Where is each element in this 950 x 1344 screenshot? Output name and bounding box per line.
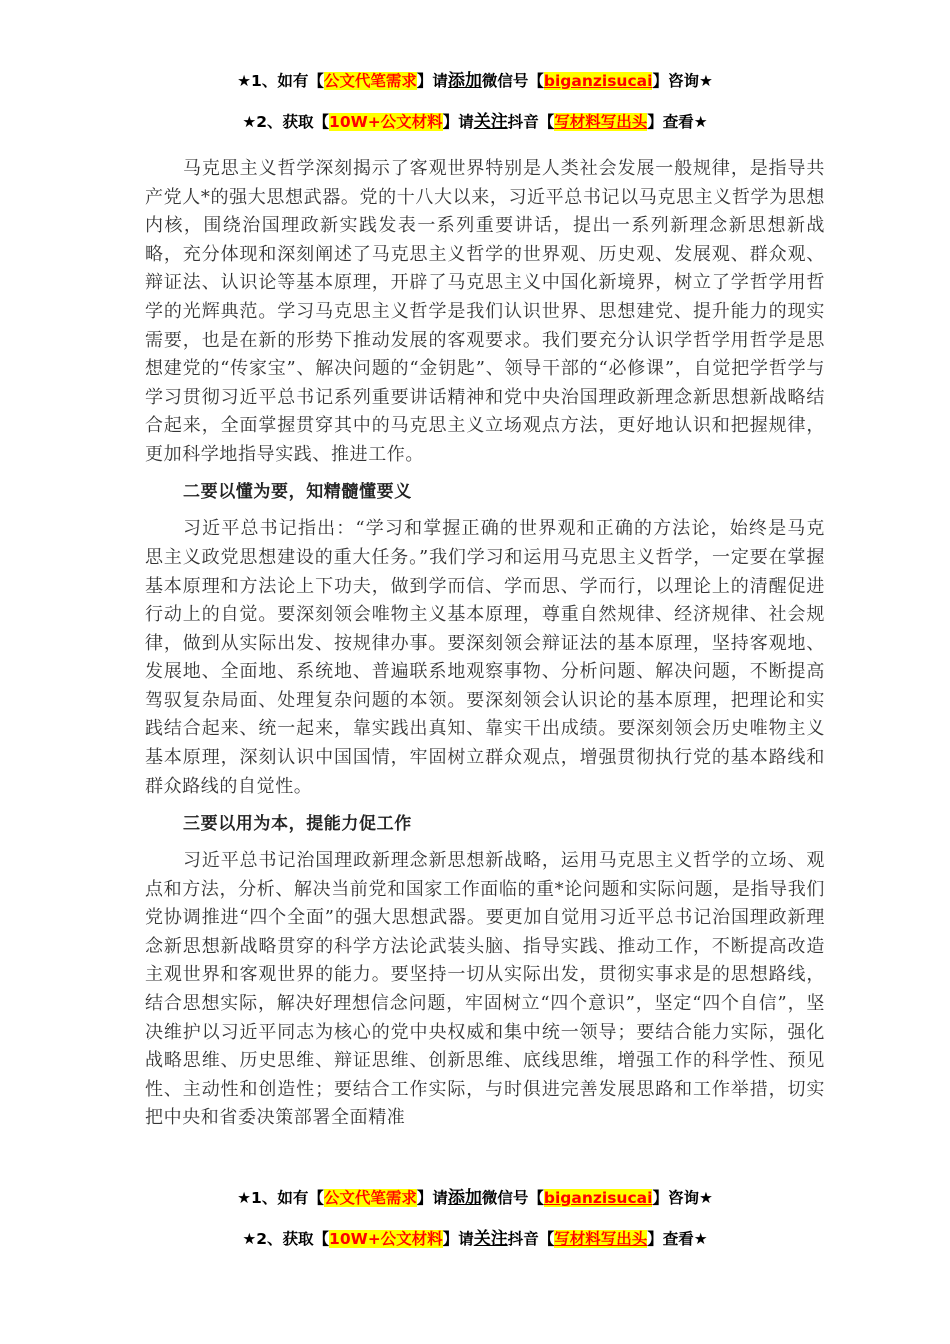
banner-text: 微信号【	[482, 1189, 544, 1207]
paragraph-intro: 马克思主义哲学深刻揭示了客观世界特别是人类社会发展一般规律，是指导共产党人*的强…	[145, 155, 825, 470]
banner-prefix: ★2、获取【	[242, 1230, 329, 1248]
section-heading-2: 二要以懂为要，知精髓懂要义	[145, 478, 825, 507]
paragraph-section-2: 习近平总书记指出：“学习和掌握正确的世界观和正确的方法论，始终是马克思主义政党思…	[145, 515, 825, 801]
section-heading-3: 三要以用为本，提能力促工作	[145, 810, 825, 839]
banner-text: 】请	[443, 1230, 474, 1248]
highlight-service: 公文代笔需求	[324, 1189, 417, 1207]
underlined-word: 关注	[474, 1229, 508, 1249]
banner-suffix: 】查看★	[647, 1230, 707, 1248]
douyin-account-link[interactable]: 写材料写出头	[554, 1230, 647, 1248]
highlight-materials: 10W+公文材料	[329, 1230, 443, 1248]
document-page: ★1、如有【公文代笔需求】请添加微信号【biganzisucai】咨询★ ★2、…	[0, 0, 950, 1344]
banner-text: 抖音【	[508, 1230, 555, 1248]
underlined-word: 添加	[448, 1188, 482, 1208]
footer-banner-line-1: ★1、如有【公文代笔需求】请添加微信号【biganzisucai】咨询★	[0, 1188, 950, 1208]
body-clip: 马克思主义哲学深刻揭示了客观世界特别是人类社会发展一般规律，是指导共产党人*的强…	[0, 0, 950, 1172]
paragraph-section-3: 习近平总书记治国理政新理念新思想新战略，运用马克思主义哲学的立场、观点和方法，分…	[145, 847, 825, 1133]
banner-suffix: 】咨询★	[652, 1189, 712, 1207]
banner-text: 】请	[417, 1189, 448, 1207]
document-body: 马克思主义哲学深刻揭示了客观世界特别是人类社会发展一般规律，是指导共产党人*的强…	[145, 155, 825, 1142]
wechat-id-link[interactable]: biganzisucai	[544, 1189, 653, 1207]
footer-banner-line-2: ★2、获取【10W+公文材料】请关注抖音【写材料写出头】查看★	[0, 1229, 950, 1249]
banner-prefix: ★1、如有【	[237, 1189, 324, 1207]
